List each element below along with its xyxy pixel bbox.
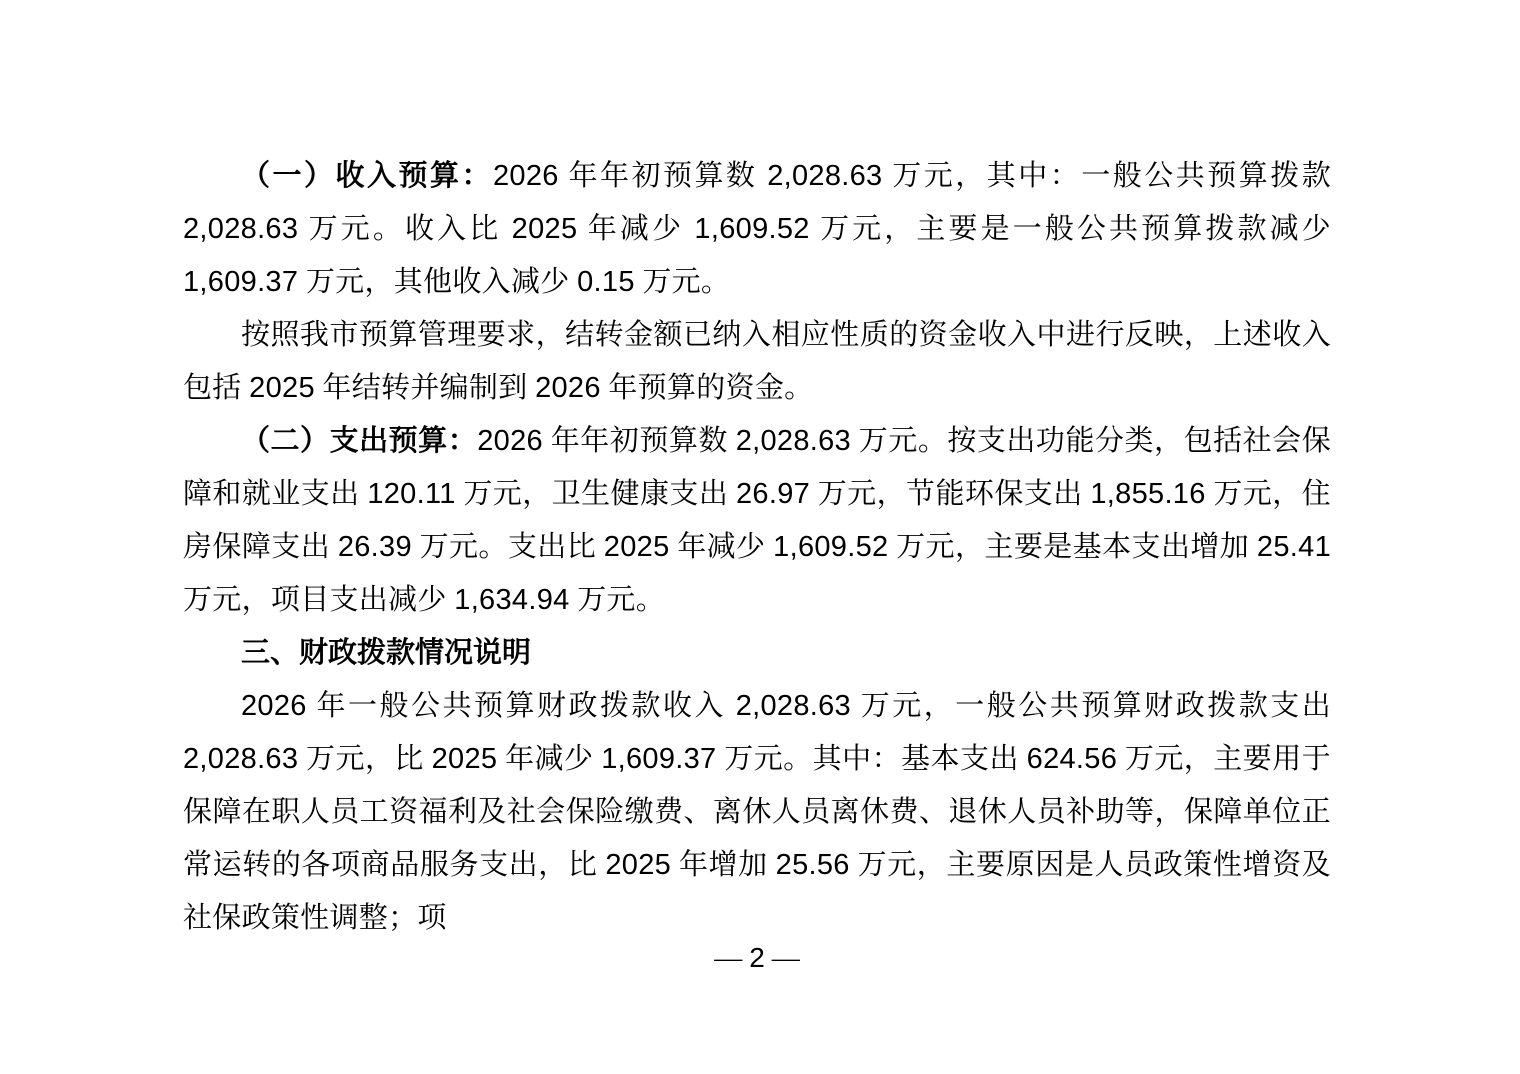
paragraph-carryover-note: 按照我市预算管理要求，结转金额已纳入相应性质的资金收入中进行反映，上述收入包括 … (183, 309, 1331, 415)
paragraph-fiscal-appropriation: 2026 年一般公共预算财政拨款收入 2,028.63 万元，一般公共预算财政拨… (183, 680, 1331, 945)
section-heading-fiscal-appropriation: 三、财政拨款情况说明 (183, 627, 1331, 680)
paragraph-expenditure-lead: （二）支出预算： (241, 425, 477, 457)
paragraph-expenditure-budget: （二）支出预算：2026 年年初预算数 2,028.63 万元。按支出功能分类，… (183, 415, 1331, 627)
document-page: （一）收入预算：2026 年年初预算数 2,028.63 万元，其中：一般公共预… (0, 0, 1520, 1074)
page-number: — 2 — (183, 931, 1331, 985)
paragraph-income-budget: （一）收入预算：2026 年年初预算数 2,028.63 万元，其中：一般公共预… (183, 150, 1331, 309)
paragraph-carryover-text: 按照我市预算管理要求，结转金额已纳入相应性质的资金收入中进行反映，上述收入包括 … (183, 319, 1331, 404)
paragraph-fiscal-text: 2026 年一般公共预算财政拨款收入 2,028.63 万元，一般公共预算财政拨… (183, 690, 1331, 934)
document-body: （一）收入预算：2026 年年初预算数 2,028.63 万元，其中：一般公共预… (183, 150, 1331, 945)
paragraph-income-lead: （一）收入预算： (241, 160, 493, 192)
